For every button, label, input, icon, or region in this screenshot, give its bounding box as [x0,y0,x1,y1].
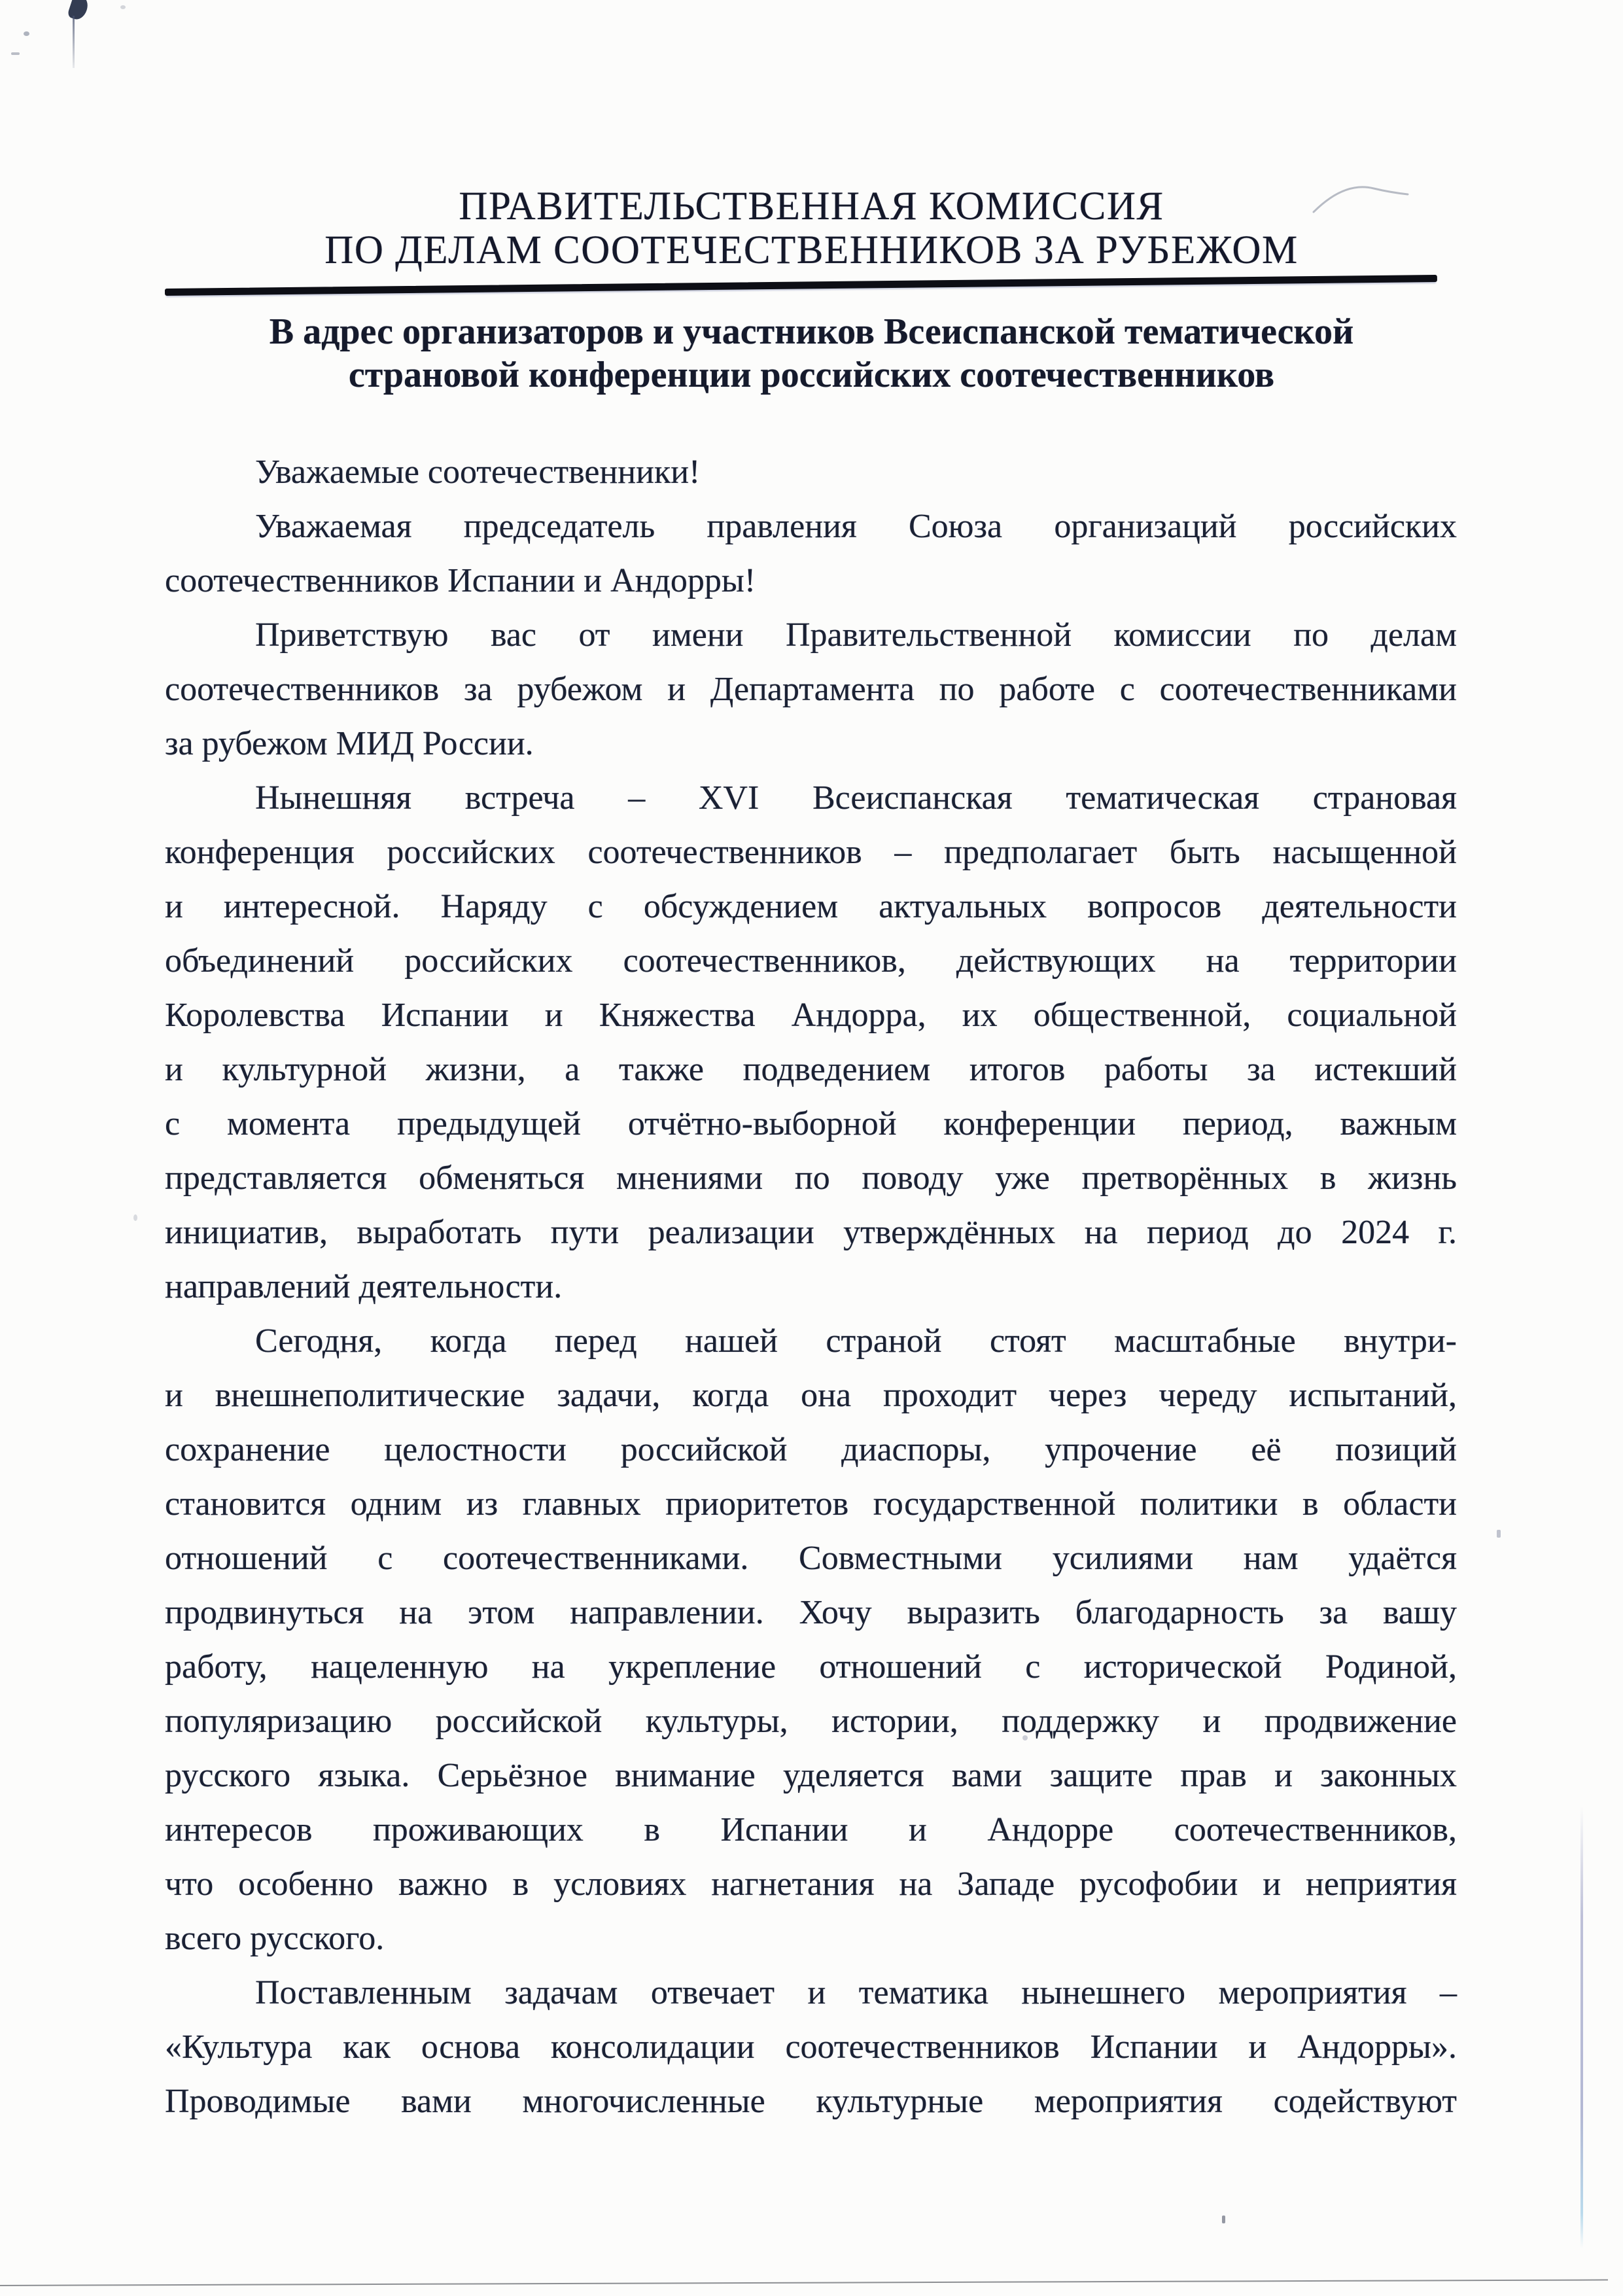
letterhead-rule [165,275,1437,296]
text-line: работу, нацеленную на укрепление отношен… [165,1640,1457,1694]
text-line: конференция российских соотечественников… [165,825,1457,879]
paragraph: Поставленным задачам отвечает и тематика… [165,1966,1457,2128]
text-line: интересов проживающих в Испании и Андорр… [165,1803,1457,1857]
text-line: «Культура как основа консолидации соотеч… [165,2020,1457,2074]
paragraph: Уважаемые соотечественники! [165,445,1457,499]
scan-speck [1222,2216,1225,2223]
text-line: Нынешняя встреча – XVI Всеиспанская тема… [165,771,1457,825]
scanned-letter-page: ПРАВИТЕЛЬСТВЕННАЯ КОМИССИЯ ПО ДЕЛАМ СООТ… [0,0,1623,2296]
scan-speck [11,52,20,55]
text-line: Уважаемые соотечественники! [165,445,1457,499]
text-line: инициатив, выработать пути реализации ут… [165,1205,1457,1260]
subject-line2: страновой конференции российских соотече… [0,353,1623,397]
paragraph: Сегодня, когда перед нашей страной стоят… [165,1314,1457,1966]
text-line: русского языка. Серьёзное внимание уделя… [165,1748,1457,1803]
subject-line1: В адрес организаторов и участников Всеис… [0,310,1623,353]
commission-title-line1: ПРАВИТЕЛЬСТВЕННАЯ КОМИССИЯ [0,185,1623,228]
subject-block: В адрес организаторов и участников Всеис… [0,310,1623,397]
text-line: Проводимые вами многочисленные культурны… [165,2074,1457,2128]
scan-speck [133,1214,137,1221]
scan-streak-blue [1580,1806,1583,2248]
text-line: Приветствую вас от имени Правительственн… [165,608,1457,662]
text-line: становится одним из главных приоритетов … [165,1477,1457,1531]
scan-speck [1497,1530,1501,1538]
text-line: объединений российских соотечественников… [165,934,1457,988]
text-line: продвинуться на этом направлении. Хочу в… [165,1585,1457,1640]
text-line: и интересной. Наряду с обсуждением актуа… [165,879,1457,934]
commission-title-line2: ПО ДЕЛАМ СООТЕЧЕСТВЕННИКОВ ЗА РУБЕЖОМ [0,228,1623,272]
text-line: за рубежом МИД России. [165,716,1457,771]
paragraph: Нынешняя встреча – XVI Всеиспанская тема… [165,771,1457,1314]
text-line: с момента предыдущей отчётно-выборной ко… [165,1097,1457,1151]
text-line: сохранение целостности российской диаспо… [165,1422,1457,1477]
letterhead: ПРАВИТЕЛЬСТВЕННАЯ КОМИССИЯ ПО ДЕЛАМ СООТ… [0,185,1623,272]
paragraph: Уважаемая председатель правления Союза о… [165,499,1457,608]
text-line: что особенно важно в условиях нагнетания… [165,1857,1457,1911]
text-line: Поставленным задачам отвечает и тематика… [165,1966,1457,2020]
text-line: всего русского. [165,1911,1457,1966]
text-line: отношений с соотечественниками. Совместн… [165,1531,1457,1585]
text-line: представляется обменяться мнениями по по… [165,1151,1457,1205]
scan-speck [24,31,29,36]
ink-blob-artifact [67,0,90,22]
text-line: и внешнеполитические задачи, когда она п… [165,1368,1457,1422]
ink-streak-artifact [73,16,75,68]
text-line: направлений деятельности. [165,1260,1457,1314]
letter-body: Уважаемые соотечественники!Уважаемая пре… [165,445,1457,2128]
paragraph: Приветствую вас от имени Правительственн… [165,608,1457,771]
text-line: и культурной жизни, а также подведением … [165,1042,1457,1097]
text-line: Королевства Испании и Княжества Андорра,… [165,988,1457,1042]
scan-speck [120,5,126,9]
text-line: соотечественников за рубежом и Департаме… [165,662,1457,716]
scan-page-edge-line [0,2279,1608,2286]
text-line: Сегодня, когда перед нашей страной стоят… [165,1314,1457,1368]
text-line: популяризацию российской культуры, истор… [165,1694,1457,1748]
text-line: соотечественников Испании и Андорры! [165,554,1457,608]
text-line: Уважаемая председатель правления Союза о… [165,499,1457,554]
